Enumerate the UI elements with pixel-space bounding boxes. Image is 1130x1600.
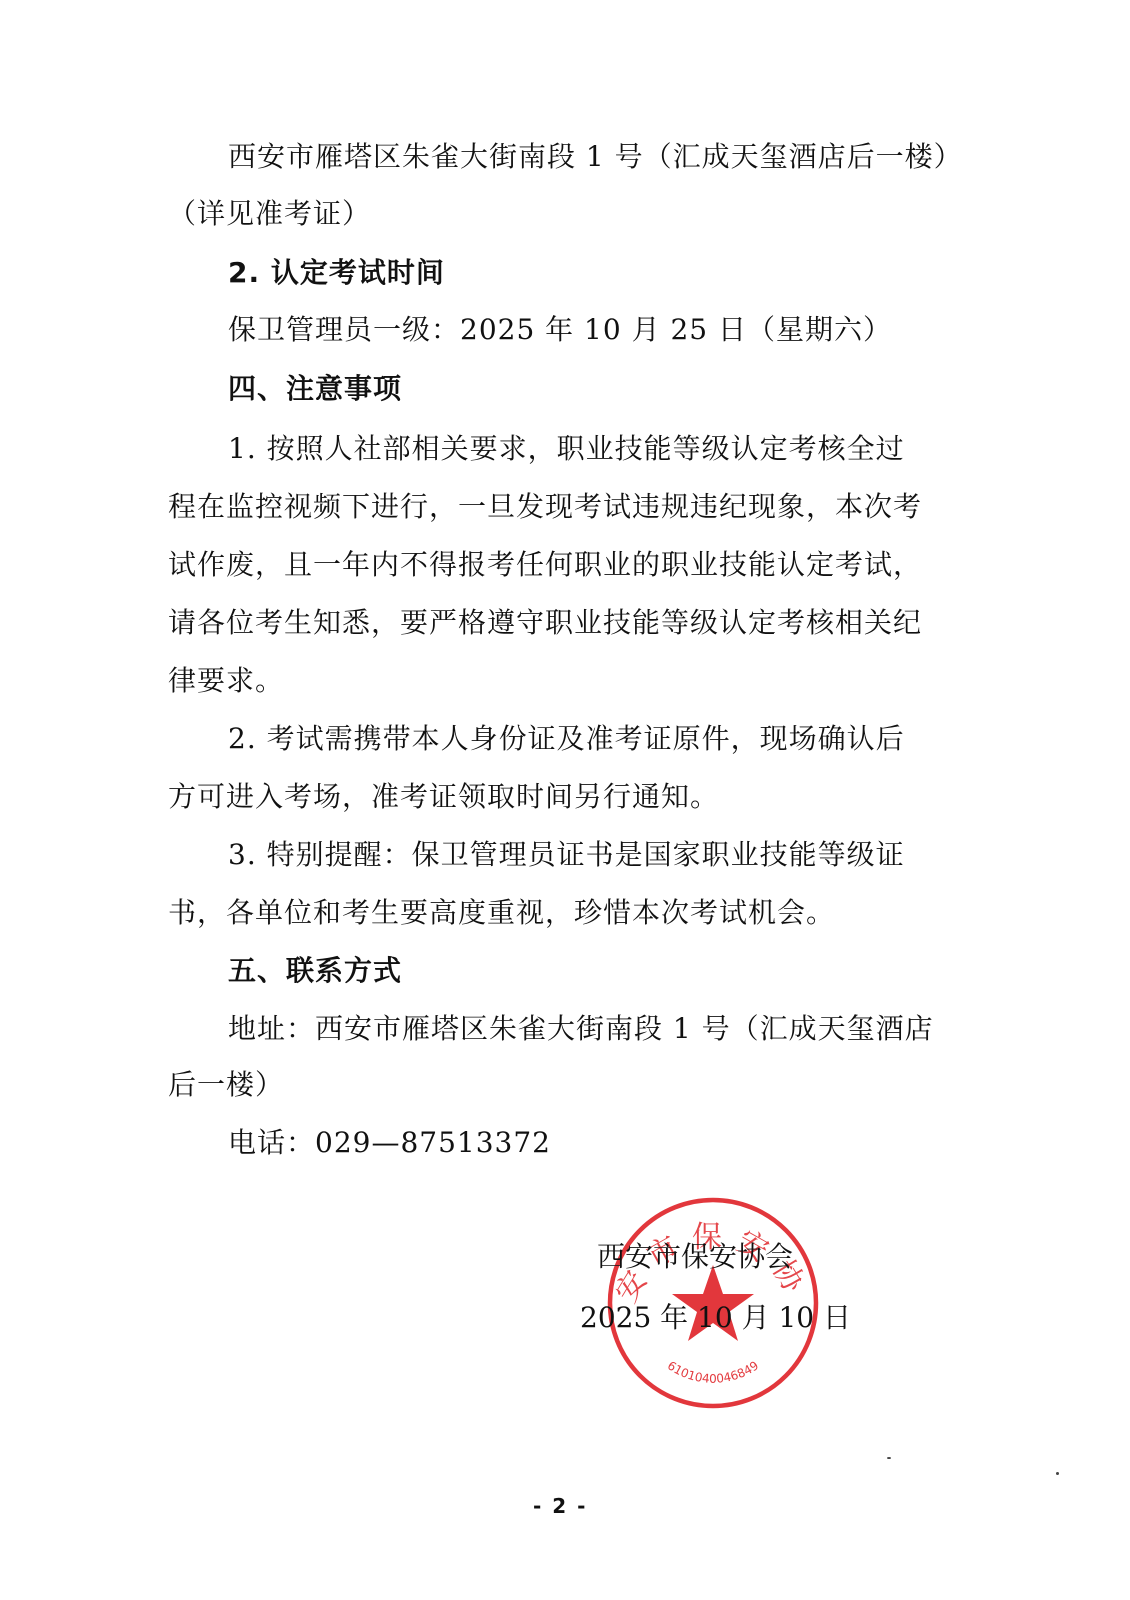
scan-speck — [887, 1457, 891, 1459]
section-2-heading: 2. 认定考试时间 — [228, 256, 445, 290]
note-1-line-2: 程在监控视频下进行，一旦发现考试违规违纪现象，本次考 — [168, 490, 922, 524]
scan-speck — [1056, 1472, 1059, 1475]
venue-line-1: 西安市雁塔区朱雀大街南段 1 号（汇成天玺酒店后一楼） — [228, 140, 963, 174]
note-3-line-2: 书，各单位和考生要高度重视，珍惜本次考试机会。 — [168, 896, 835, 930]
phone-line: 电话：029—87513372 — [228, 1126, 551, 1160]
note-1-line-1: 1. 按照人社部相关要求，职业技能等级认定考核全过 — [228, 432, 905, 466]
note-1-line-3: 试作废，且一年内不得报考任何职业的职业技能认定考试， — [168, 548, 922, 582]
section-4-heading: 四、注意事项 — [228, 372, 402, 406]
address-line-1: 地址：西安市雁塔区朱雀大街南段 1 号（汇成天玺酒店 — [228, 1012, 934, 1046]
note-3-line-1: 3. 特别提醒：保卫管理员证书是国家职业技能等级证 — [228, 838, 905, 872]
signature-organization: 西安市保安协会 — [597, 1240, 793, 1274]
note-2-line-2: 方可进入考场，准考证领取时间另行通知。 — [168, 780, 719, 814]
note-2-line-1: 2. 考试需携带本人身份证及准考证原件，现场确认后 — [228, 722, 905, 756]
address-line-2: 后一楼） — [168, 1068, 284, 1102]
signature-date: 2025 年 10 月 10 日 — [580, 1301, 851, 1335]
note-1-line-4: 请各位考生知悉，要严格遵守职业技能等级认定考核相关纪 — [168, 606, 922, 640]
page-number: - 2 - — [533, 1494, 587, 1518]
venue-line-2: （详见准考证） — [168, 197, 371, 231]
svg-text:6101040046849: 6101040046849 — [665, 1358, 761, 1385]
exam-time: 保卫管理员一级：2025 年 10 月 25 日（星期六） — [228, 313, 892, 347]
section-5-heading: 五、联系方式 — [228, 954, 402, 988]
note-1-line-5: 律要求。 — [168, 664, 284, 698]
